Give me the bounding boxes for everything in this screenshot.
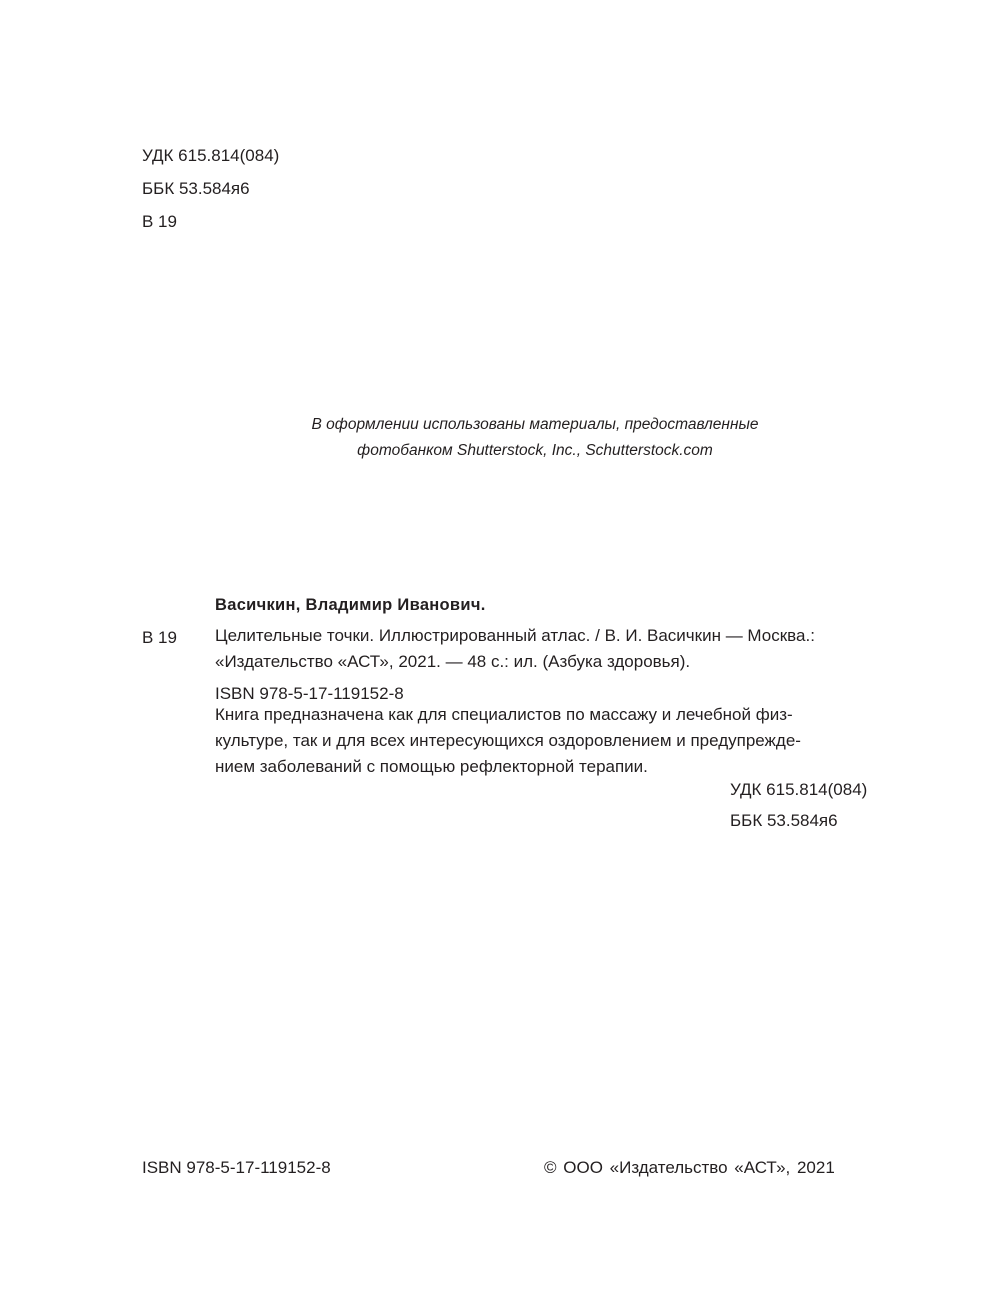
bibliographic-description: Целительные точки. Иллюстрированный атла… — [215, 623, 889, 707]
image-credit: В оформлении использованы материалы, пре… — [280, 412, 790, 464]
catalog-udk-code: УДК 615.814(084) — [730, 780, 867, 800]
annotation-line-1: Книга предназначена как для специалистов… — [215, 702, 887, 728]
udk-code: УДК 615.814(084) — [142, 146, 279, 166]
bibliographic-title-line-1: Целительные точки. Иллюстрированный атла… — [215, 623, 889, 649]
annotation-line-2: культуре, так и для всех интересующихся … — [215, 728, 887, 754]
annotation-line-3: нием заболеваний с помощью рефлекторной … — [215, 754, 887, 780]
catalog-author-mark: В 19 — [142, 628, 177, 648]
author-mark: В 19 — [142, 212, 177, 232]
catalog-bbk-code: ББК 53.584я6 — [730, 811, 838, 831]
catalog-author: Васичкин, Владимир Иванович. — [215, 596, 486, 615]
image-credit-line-1: В оформлении использованы материалы, пре… — [280, 412, 790, 438]
bbk-code: ББК 53.584я6 — [142, 179, 250, 199]
bibliographic-title-line-2: «Издательство «АСТ», 2021. — 48 с.: ил. … — [215, 649, 889, 675]
image-credit-line-2: фотобанком Shutterstock, Inc., Schutters… — [280, 438, 790, 464]
footer-copyright: © ООО «Издательство «АСТ», 2021 — [544, 1158, 835, 1178]
book-annotation: Книга предназначена как для специалистов… — [215, 702, 887, 780]
footer-isbn: ISBN 978-5-17-119152-8 — [142, 1158, 331, 1178]
